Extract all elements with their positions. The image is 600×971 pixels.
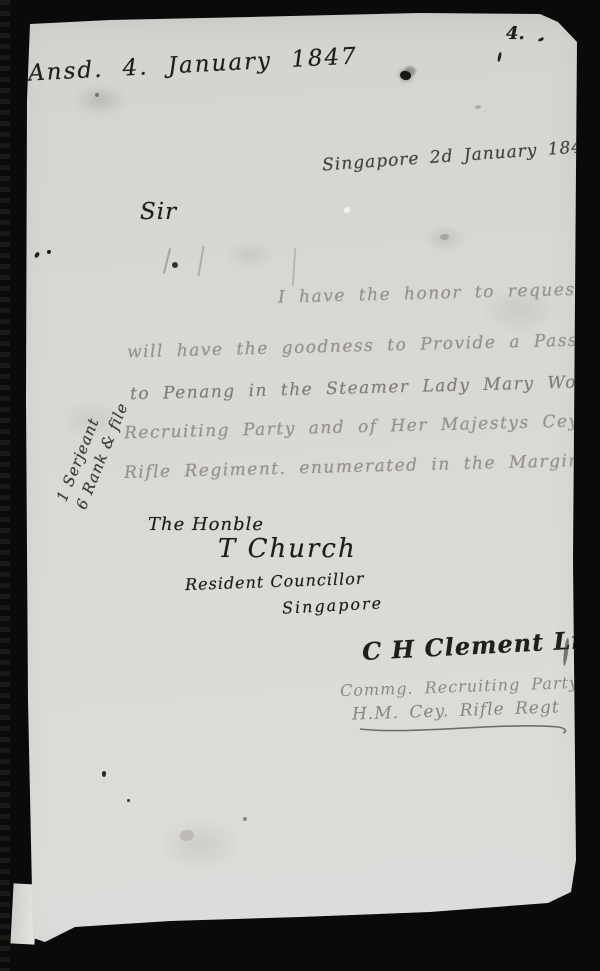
address-title: Resident Councillor xyxy=(185,569,365,594)
book-gutter-edge xyxy=(0,0,10,971)
ink-speck xyxy=(475,105,481,109)
salutation: Sir xyxy=(140,199,177,225)
ink-smudge xyxy=(172,262,178,268)
ink-speck xyxy=(538,37,545,42)
body-line: I have the honor to request you xyxy=(278,278,600,307)
body-line: will have the goodness to Provide a Pass… xyxy=(127,330,600,363)
body-line: Rifle Regiment. enumerated in the Margin xyxy=(124,451,581,483)
letter-paper: 4. Ansd. 4. January 1847 Singapore 2d Ja… xyxy=(0,0,600,971)
paper-fleck xyxy=(344,207,350,213)
ink-speck xyxy=(440,234,449,240)
signature-underline-flourish xyxy=(358,720,573,738)
ink-blot xyxy=(399,69,412,81)
page-number: 4. xyxy=(506,23,525,44)
address-name: T Church xyxy=(218,534,357,564)
dateline: Singapore 2d January 1847 xyxy=(322,136,596,175)
ink-speck xyxy=(102,771,106,777)
address-place: Singapore xyxy=(282,593,384,617)
ink-speck xyxy=(127,799,130,802)
body-line: Recruiting Party and of Her Majestys Cey… xyxy=(124,411,600,444)
ink-smudge xyxy=(292,248,297,286)
signature-title-line: Commg. Recruiting Party xyxy=(340,673,580,700)
body-line: to Penang in the Steamer Lady Mary Wood … xyxy=(130,370,600,405)
stain-spot xyxy=(180,830,194,841)
scanned-letter-page: { "document": { "page_number": "4.", "do… xyxy=(0,0,600,971)
ink-smudge xyxy=(197,246,204,276)
ink-speck xyxy=(243,817,247,821)
address-honorific: The Honble xyxy=(148,514,264,535)
margin-enumeration-note: 1 Serjeant 6 Rank & file xyxy=(52,392,133,513)
ink-speck xyxy=(47,250,51,254)
ink-smudge xyxy=(163,248,171,274)
ink-speck xyxy=(497,52,502,62)
ink-speck xyxy=(95,93,99,97)
ink-speck xyxy=(34,251,40,258)
docket-annotation: Ansd. 4. January 1847 xyxy=(28,43,359,86)
